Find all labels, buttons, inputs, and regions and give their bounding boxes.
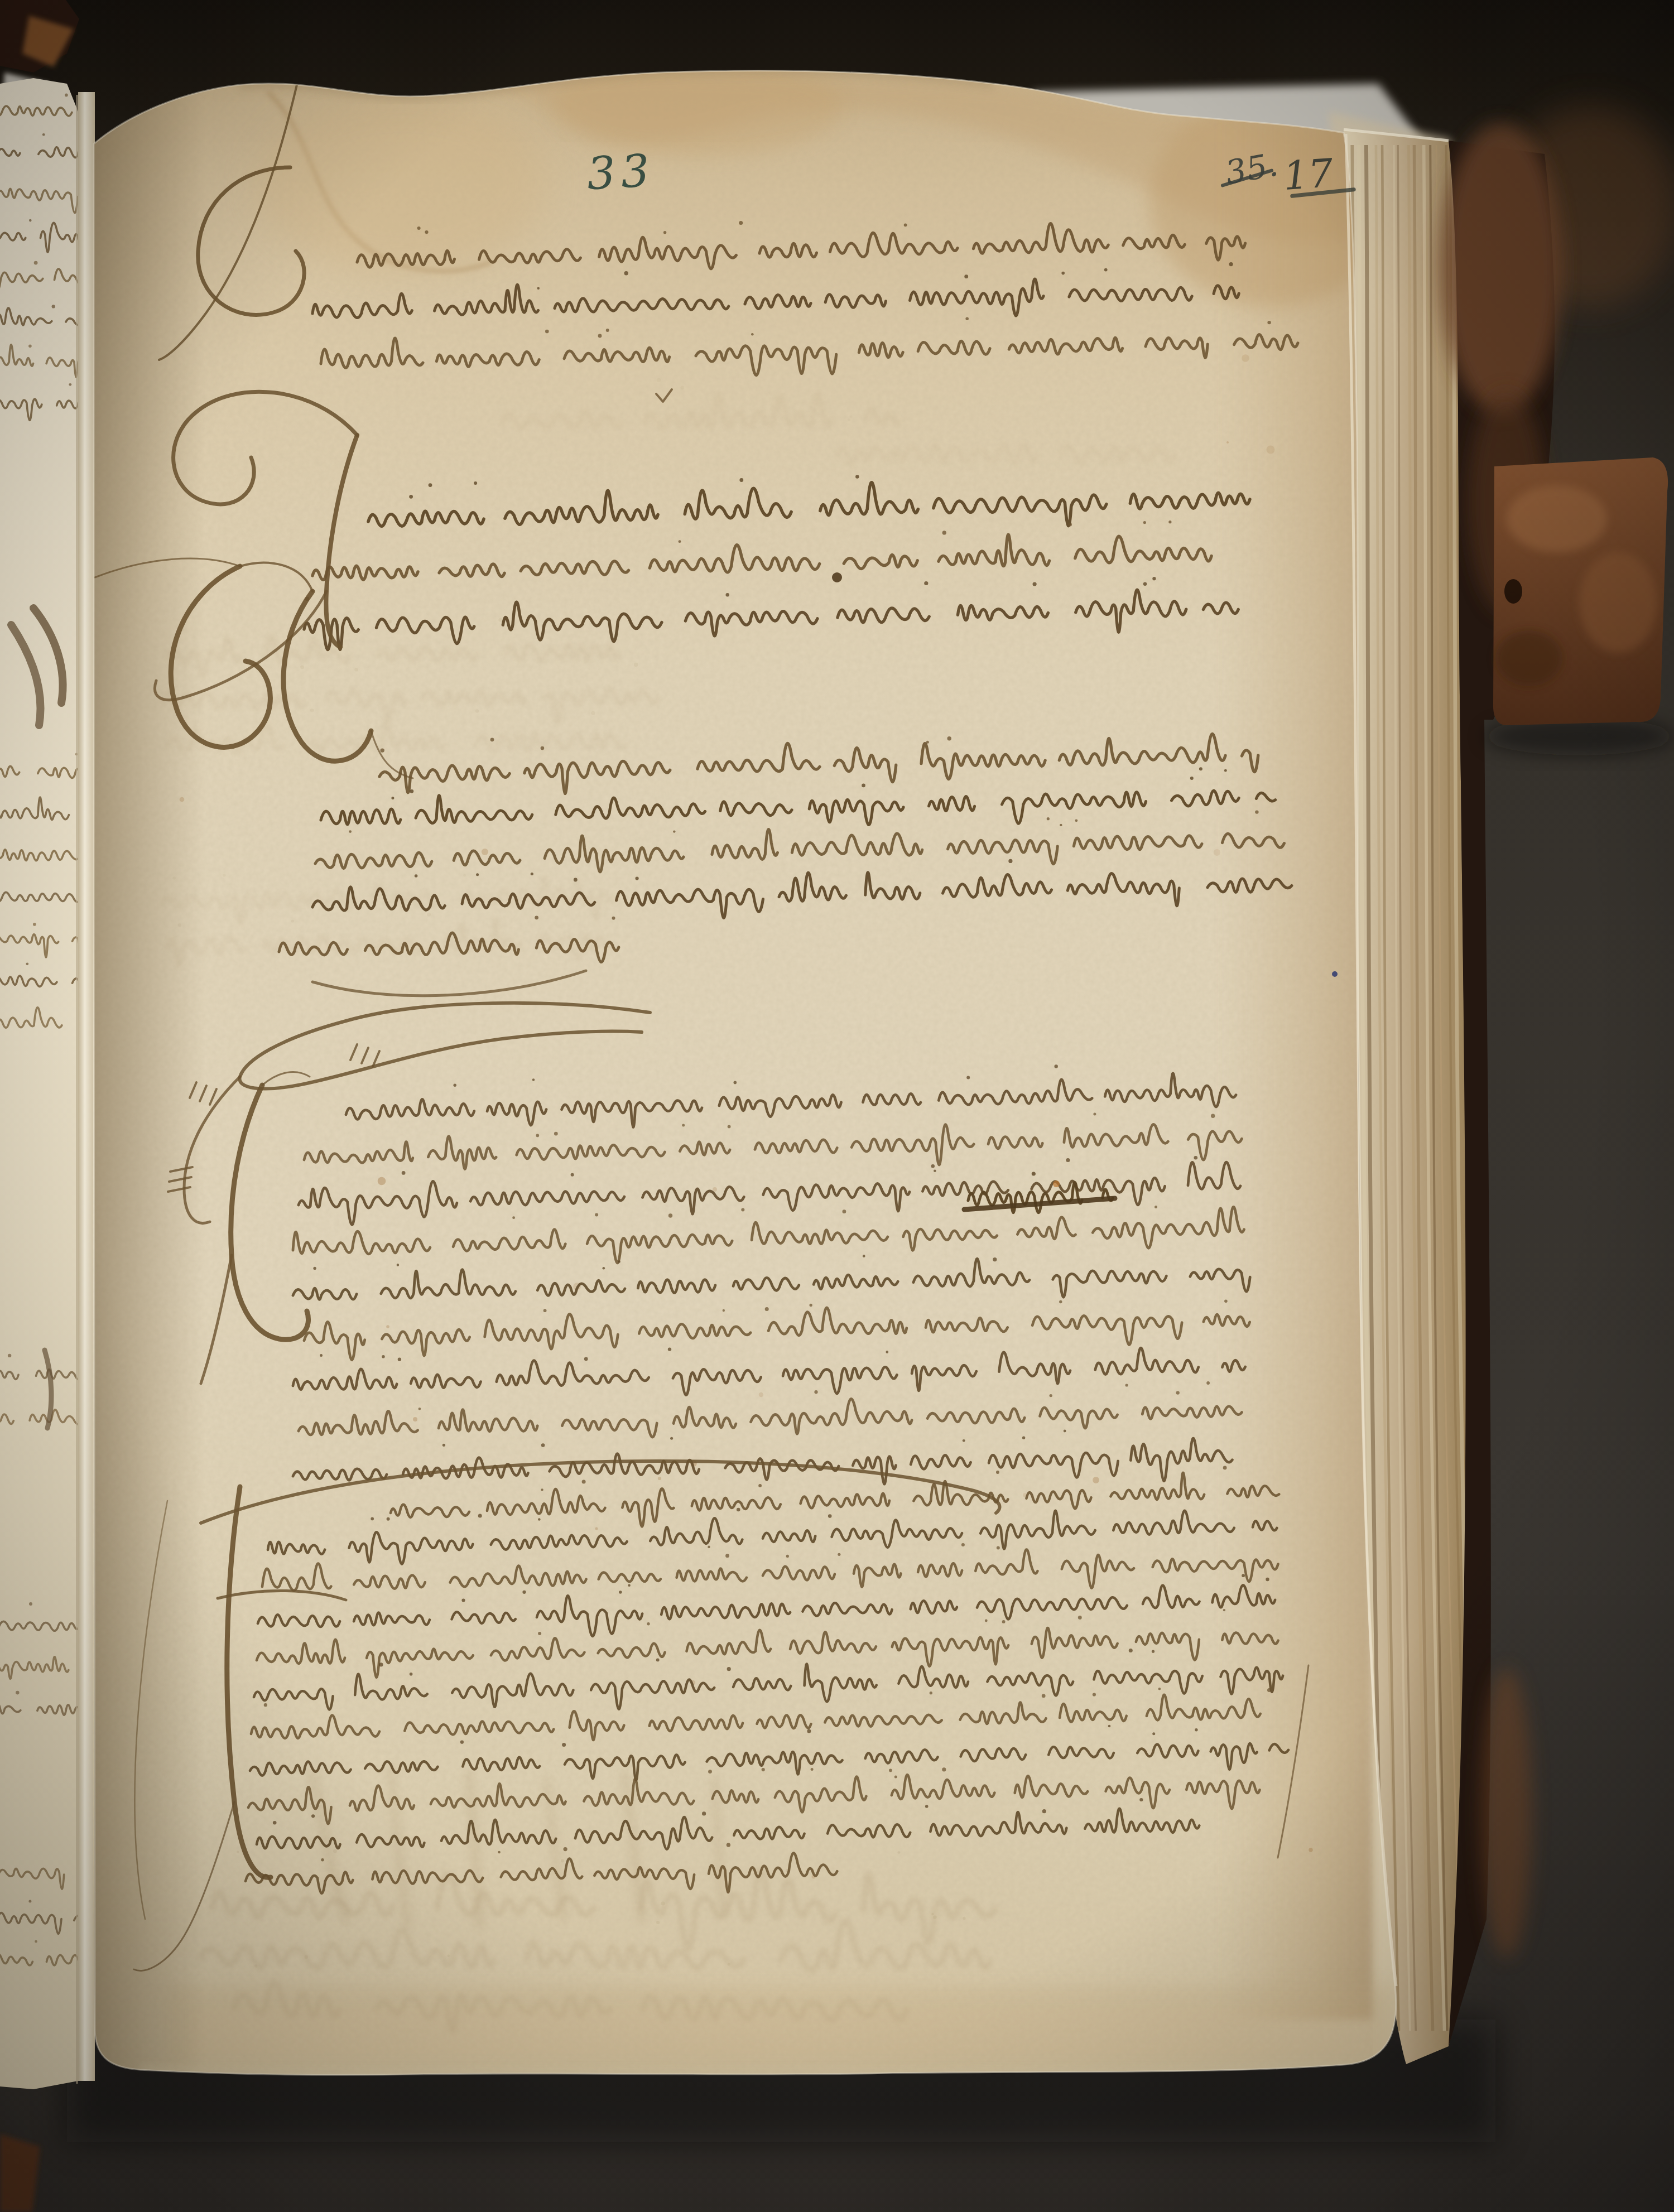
- scene: [0, 0, 1674, 2212]
- manuscript-photo: 33 35. 17: [0, 0, 1674, 2212]
- vignette: [0, 0, 1674, 2212]
- page-number-pencil: 33: [586, 144, 656, 200]
